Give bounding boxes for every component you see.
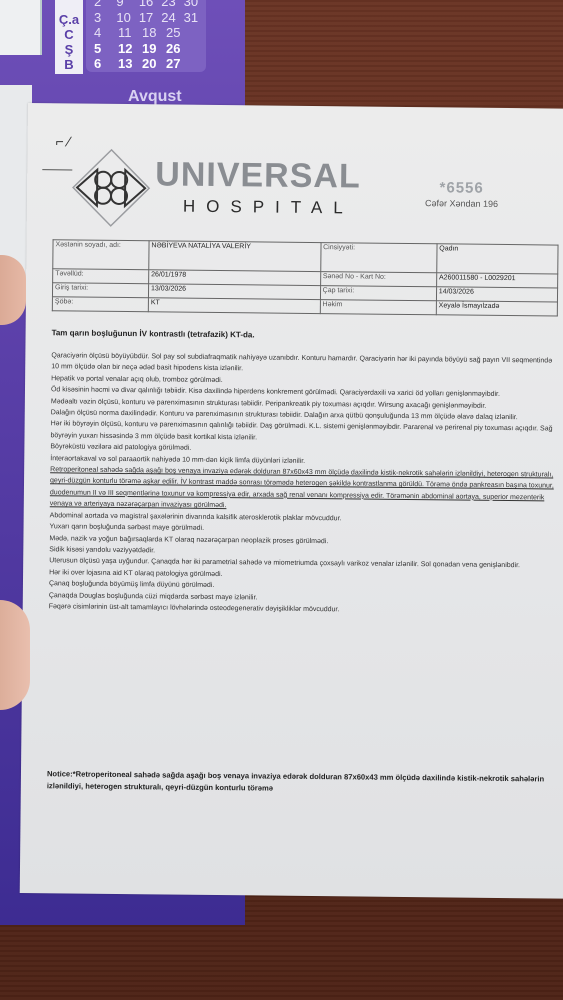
calendar-date: 10 (116, 10, 138, 26)
calendar-day-label: Ç.a (59, 12, 79, 27)
calendar-date: 20 (142, 56, 166, 72)
department: KT (148, 298, 320, 314)
calendar-row: 310172431 (86, 10, 206, 26)
calendar-row: 29162330 (86, 0, 206, 10)
field-label: Sənəd No - Kart No: (320, 272, 436, 287)
calendar-date: 16 (139, 0, 161, 10)
brand-subtitle: HOSPITAL (155, 196, 361, 218)
calendar-day-label: B (64, 57, 73, 72)
calendar-date: 26 (166, 41, 190, 57)
calendar-date: 9 (116, 0, 138, 10)
brand-name: UNIVERSAL (155, 156, 361, 194)
calendar-date: 3 (94, 10, 116, 26)
calendar-row: 5121926 (86, 41, 206, 57)
calendar-day-labels: Ç.a C Ş B (55, 0, 83, 74)
calendar-date: 30 (184, 0, 206, 10)
calendar-date: 25 (166, 25, 190, 41)
hospital-brand: UNIVERSAL HOSPITAL (155, 156, 361, 218)
calendar-row: 6132027 (86, 56, 206, 72)
field-label: Çap tarixi: (320, 286, 436, 301)
calendar-date: 11 (118, 25, 142, 41)
document-number: A260011580 - L0029201 (436, 273, 557, 288)
hospital-contact: *6556 Cəfər Xəndan 196 (425, 179, 498, 209)
report-notice: Notice:*Retroperitoneal sahədə sağda aşa… (47, 768, 563, 797)
medical-report-page: ⌐ ⁄ UNIVERSAL HOSPITAL *6556 Cəfər Xənda… (20, 103, 563, 899)
hand-finger (0, 600, 30, 710)
hospital-logo-icon (67, 143, 156, 232)
field-label: Cinsiyyəti: (320, 243, 436, 273)
calendar-day-label: C (64, 27, 73, 42)
report-title: Tam qarın boşluğunun İV kontrastlı (tetr… (52, 328, 255, 339)
medicine-box (0, 0, 42, 55)
calendar-day-label: Ş (65, 42, 74, 57)
field-label: Giriş tarixi: (52, 283, 148, 298)
doctor-name: Xeyalə İsmayılzadə (436, 301, 557, 316)
field-label: Təvəllüd: (53, 269, 149, 284)
calendar-row: 4111825 (86, 25, 206, 41)
calendar-date: 13 (118, 56, 142, 72)
calendar-date: 17 (139, 10, 161, 26)
calendar-date: 19 (142, 41, 166, 57)
field-label: Şöbə: (52, 297, 148, 312)
calendar-grid: 29162330310172431411182551219266132027 (86, 0, 206, 72)
hospital-phone: *6556 (425, 179, 498, 197)
calendar-date: 23 (161, 0, 183, 10)
calendar-date: 24 (161, 10, 183, 26)
calendar-date: 2 (94, 0, 116, 10)
report-body: Qaraciyərin ölçüsü böyüyübdür. Sol pay s… (49, 350, 562, 618)
hospital-address: Cəfər Xəndan 196 (425, 198, 498, 209)
calendar-date: 18 (142, 25, 166, 41)
report-finding: Retroperitoneal sahədə sağda aşağı boş v… (50, 464, 560, 515)
patient-gender: Qadın (437, 244, 559, 274)
field-label: Xəstənin soyadı, adı: (53, 240, 149, 270)
patient-info-table: Xəstənin soyadı, adı: NƏBİYEVA NATALİYA … (52, 239, 559, 316)
field-label: Həkim (320, 300, 436, 315)
calendar-date: 27 (166, 56, 190, 72)
print-date: 14/03/2026 (436, 287, 557, 302)
calendar-date: 6 (94, 56, 118, 72)
calendar-date: 31 (184, 10, 206, 26)
calendar-date: 4 (94, 25, 118, 41)
calendar-date: 5 (94, 41, 118, 57)
patient-name: NƏBİYEVA NATALİYA VALERİY (149, 241, 321, 272)
calendar-date: 12 (118, 41, 142, 57)
